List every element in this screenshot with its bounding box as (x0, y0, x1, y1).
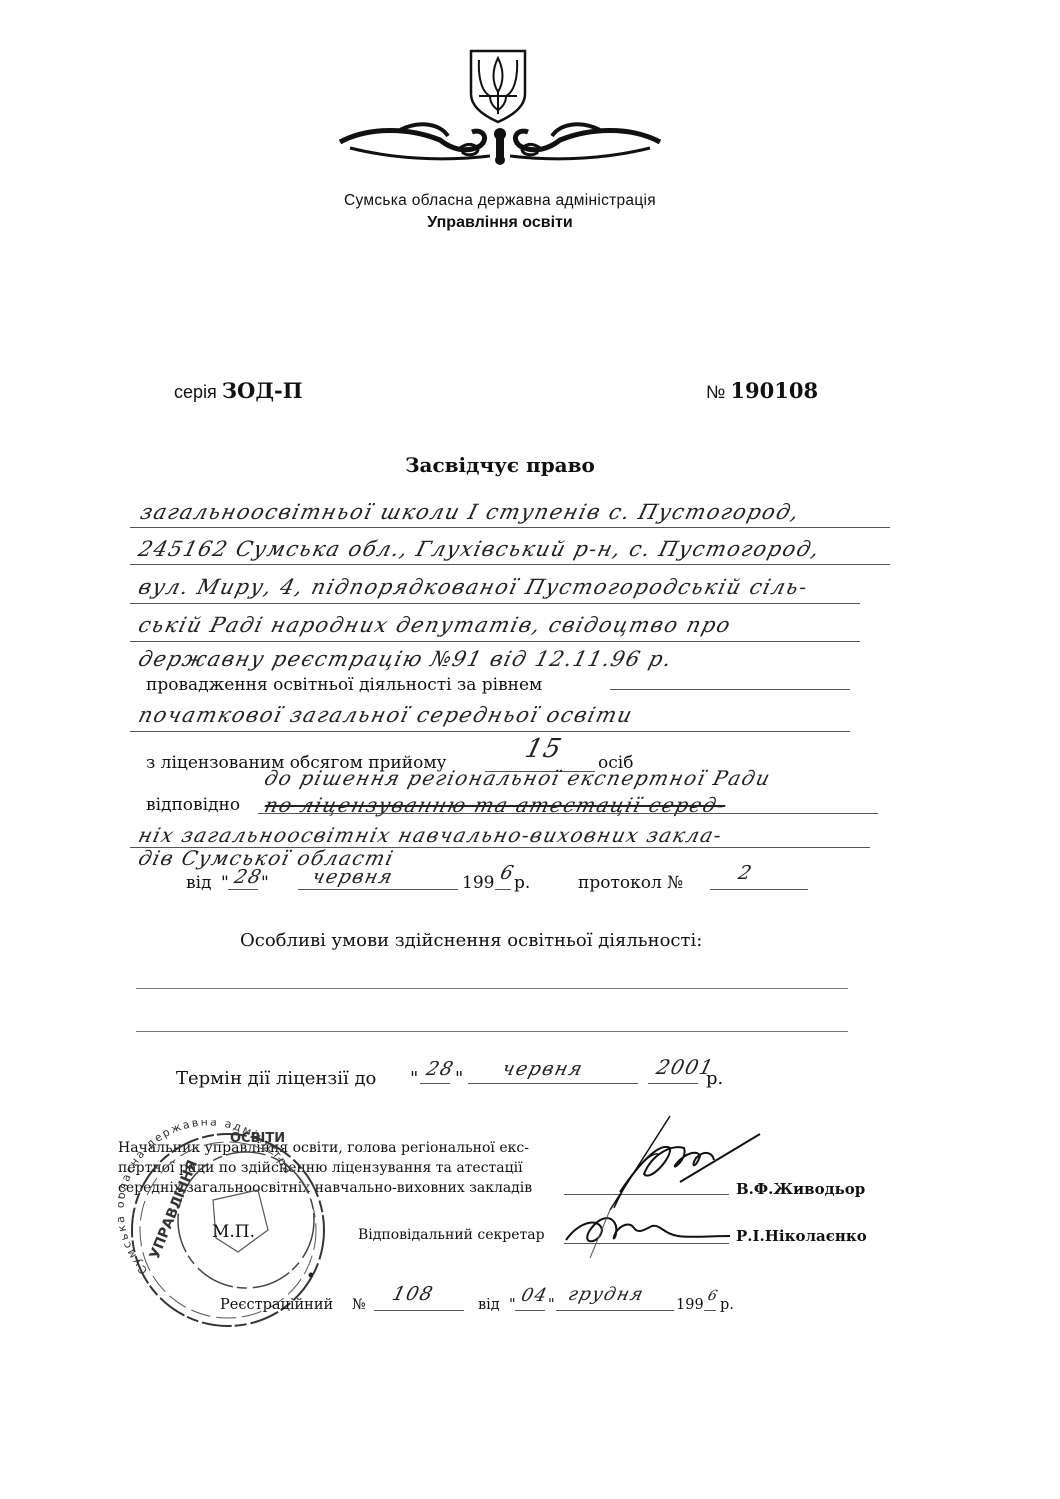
validity-label: Термін дії ліцензії до (176, 1068, 376, 1089)
secretary-title: Відповідальний секретар (358, 1227, 545, 1243)
validity-year-underline (648, 1083, 698, 1084)
ukraine-trident-emblem-icon (468, 48, 528, 124)
quote-close: " (455, 1068, 463, 1089)
svg-text:УПРАВЛІННЯ: УПРАВЛІННЯ (147, 1158, 201, 1262)
decision-month-underline (298, 889, 458, 890)
holder-underline (130, 603, 860, 604)
activity-label: провадження освітньої діяльності за рівн… (146, 675, 542, 695)
admission-value: 15 (522, 734, 566, 764)
registration-year-underline (704, 1310, 716, 1311)
series: серія ЗОД-П (174, 378, 303, 403)
department-name: Управління освіти (0, 214, 1000, 232)
quote-open: " (221, 873, 229, 893)
basis-underline (258, 813, 878, 814)
state-emblem (468, 48, 528, 124)
validity-month: червня (500, 1058, 586, 1080)
validity-year-label: р. (706, 1068, 723, 1089)
special-conditions-line (136, 988, 848, 989)
decision-day: 28 (232, 866, 265, 888)
scroll-ornament-icon (330, 118, 670, 168)
quote-close: " (548, 1297, 555, 1313)
decision-year-underline (495, 889, 511, 890)
license-number: № 190108 (706, 378, 818, 403)
activity-level-underline (130, 731, 850, 732)
secretary-name: Р.І.Ніколаєнко (736, 1227, 867, 1245)
activity-level-value: початкової загальної середньої освіти (136, 703, 636, 727)
decision-from-label: від (186, 873, 211, 893)
number-sign: № (706, 382, 725, 402)
decision-day-underline (228, 889, 258, 890)
decision-month: червня (310, 866, 396, 888)
handwritten-signature-icon (560, 1200, 740, 1260)
seal-label: М.П. (212, 1222, 255, 1242)
registration-label: Реєстраційний (220, 1297, 333, 1313)
holder-underline (130, 641, 860, 642)
holder-line: 245162 Сумська обл., Глухівський р-н, с.… (136, 537, 823, 561)
activity-underline (610, 689, 850, 690)
organization-name: Сумська обласна державна адміністрація (0, 192, 1000, 210)
registration-month-underline (556, 1310, 674, 1311)
series-value: ЗОД-П (222, 378, 303, 403)
protocol-underline (710, 889, 808, 890)
validity-day-underline (420, 1083, 450, 1084)
decision-year-label: р. (514, 873, 530, 893)
holder-underline (130, 527, 890, 528)
holder-line: загальноосвітньої школи І ступенів с. Пу… (138, 500, 803, 524)
series-label: серія (174, 382, 217, 402)
registration-year-prefix: 199 (676, 1297, 704, 1313)
registration-day: 04 (519, 1285, 550, 1306)
holder-underline (130, 564, 890, 565)
number-value: 190108 (730, 378, 818, 403)
holder-line: ській Раді народних депутатів, свідоцтво… (136, 613, 734, 637)
document-title: Засвідчує право (0, 453, 1000, 477)
registration-from-label: від (478, 1297, 500, 1313)
basis-label: відповідно (146, 795, 240, 815)
basis-handwritten-top: до рішення регіональної експертної Ради (262, 766, 774, 790)
registration-day-underline (515, 1310, 545, 1311)
head-name: В.Ф.Живодьор (736, 1180, 865, 1198)
secretary-signature (560, 1200, 740, 1260)
special-conditions-line (136, 1031, 848, 1032)
special-conditions-label: Особливі умови здійснення освітньої діял… (240, 930, 702, 951)
registration-month: грудня (566, 1284, 646, 1305)
quote-close: " (261, 873, 269, 893)
basis-line-2: ніх загальноосвітніх навчально-виховних … (136, 823, 725, 847)
registration-year-label: р. (720, 1297, 734, 1313)
registration-year-suffix: 6 (706, 1288, 720, 1304)
registration-number-underline (374, 1310, 464, 1311)
holder-line: державну реєстрацію №91 від 12.11.96 р. (136, 647, 675, 671)
registration-number: 108 (390, 1283, 436, 1305)
quote-open: " (410, 1068, 418, 1089)
baroque-ornament (330, 118, 670, 168)
holder-line: вул. Миру, 4, підпорядкованої Пустогород… (136, 575, 811, 599)
protocol-label: протокол № (578, 873, 683, 893)
validity-month-underline (468, 1083, 638, 1084)
validity-day: 28 (424, 1058, 457, 1080)
svg-text:ОСВІТИ: ОСВІТИ (230, 1131, 285, 1146)
protocol-value: 2 (736, 862, 755, 884)
registration-number-sign: № (352, 1297, 366, 1313)
decision-year-prefix: 199 (462, 873, 494, 893)
